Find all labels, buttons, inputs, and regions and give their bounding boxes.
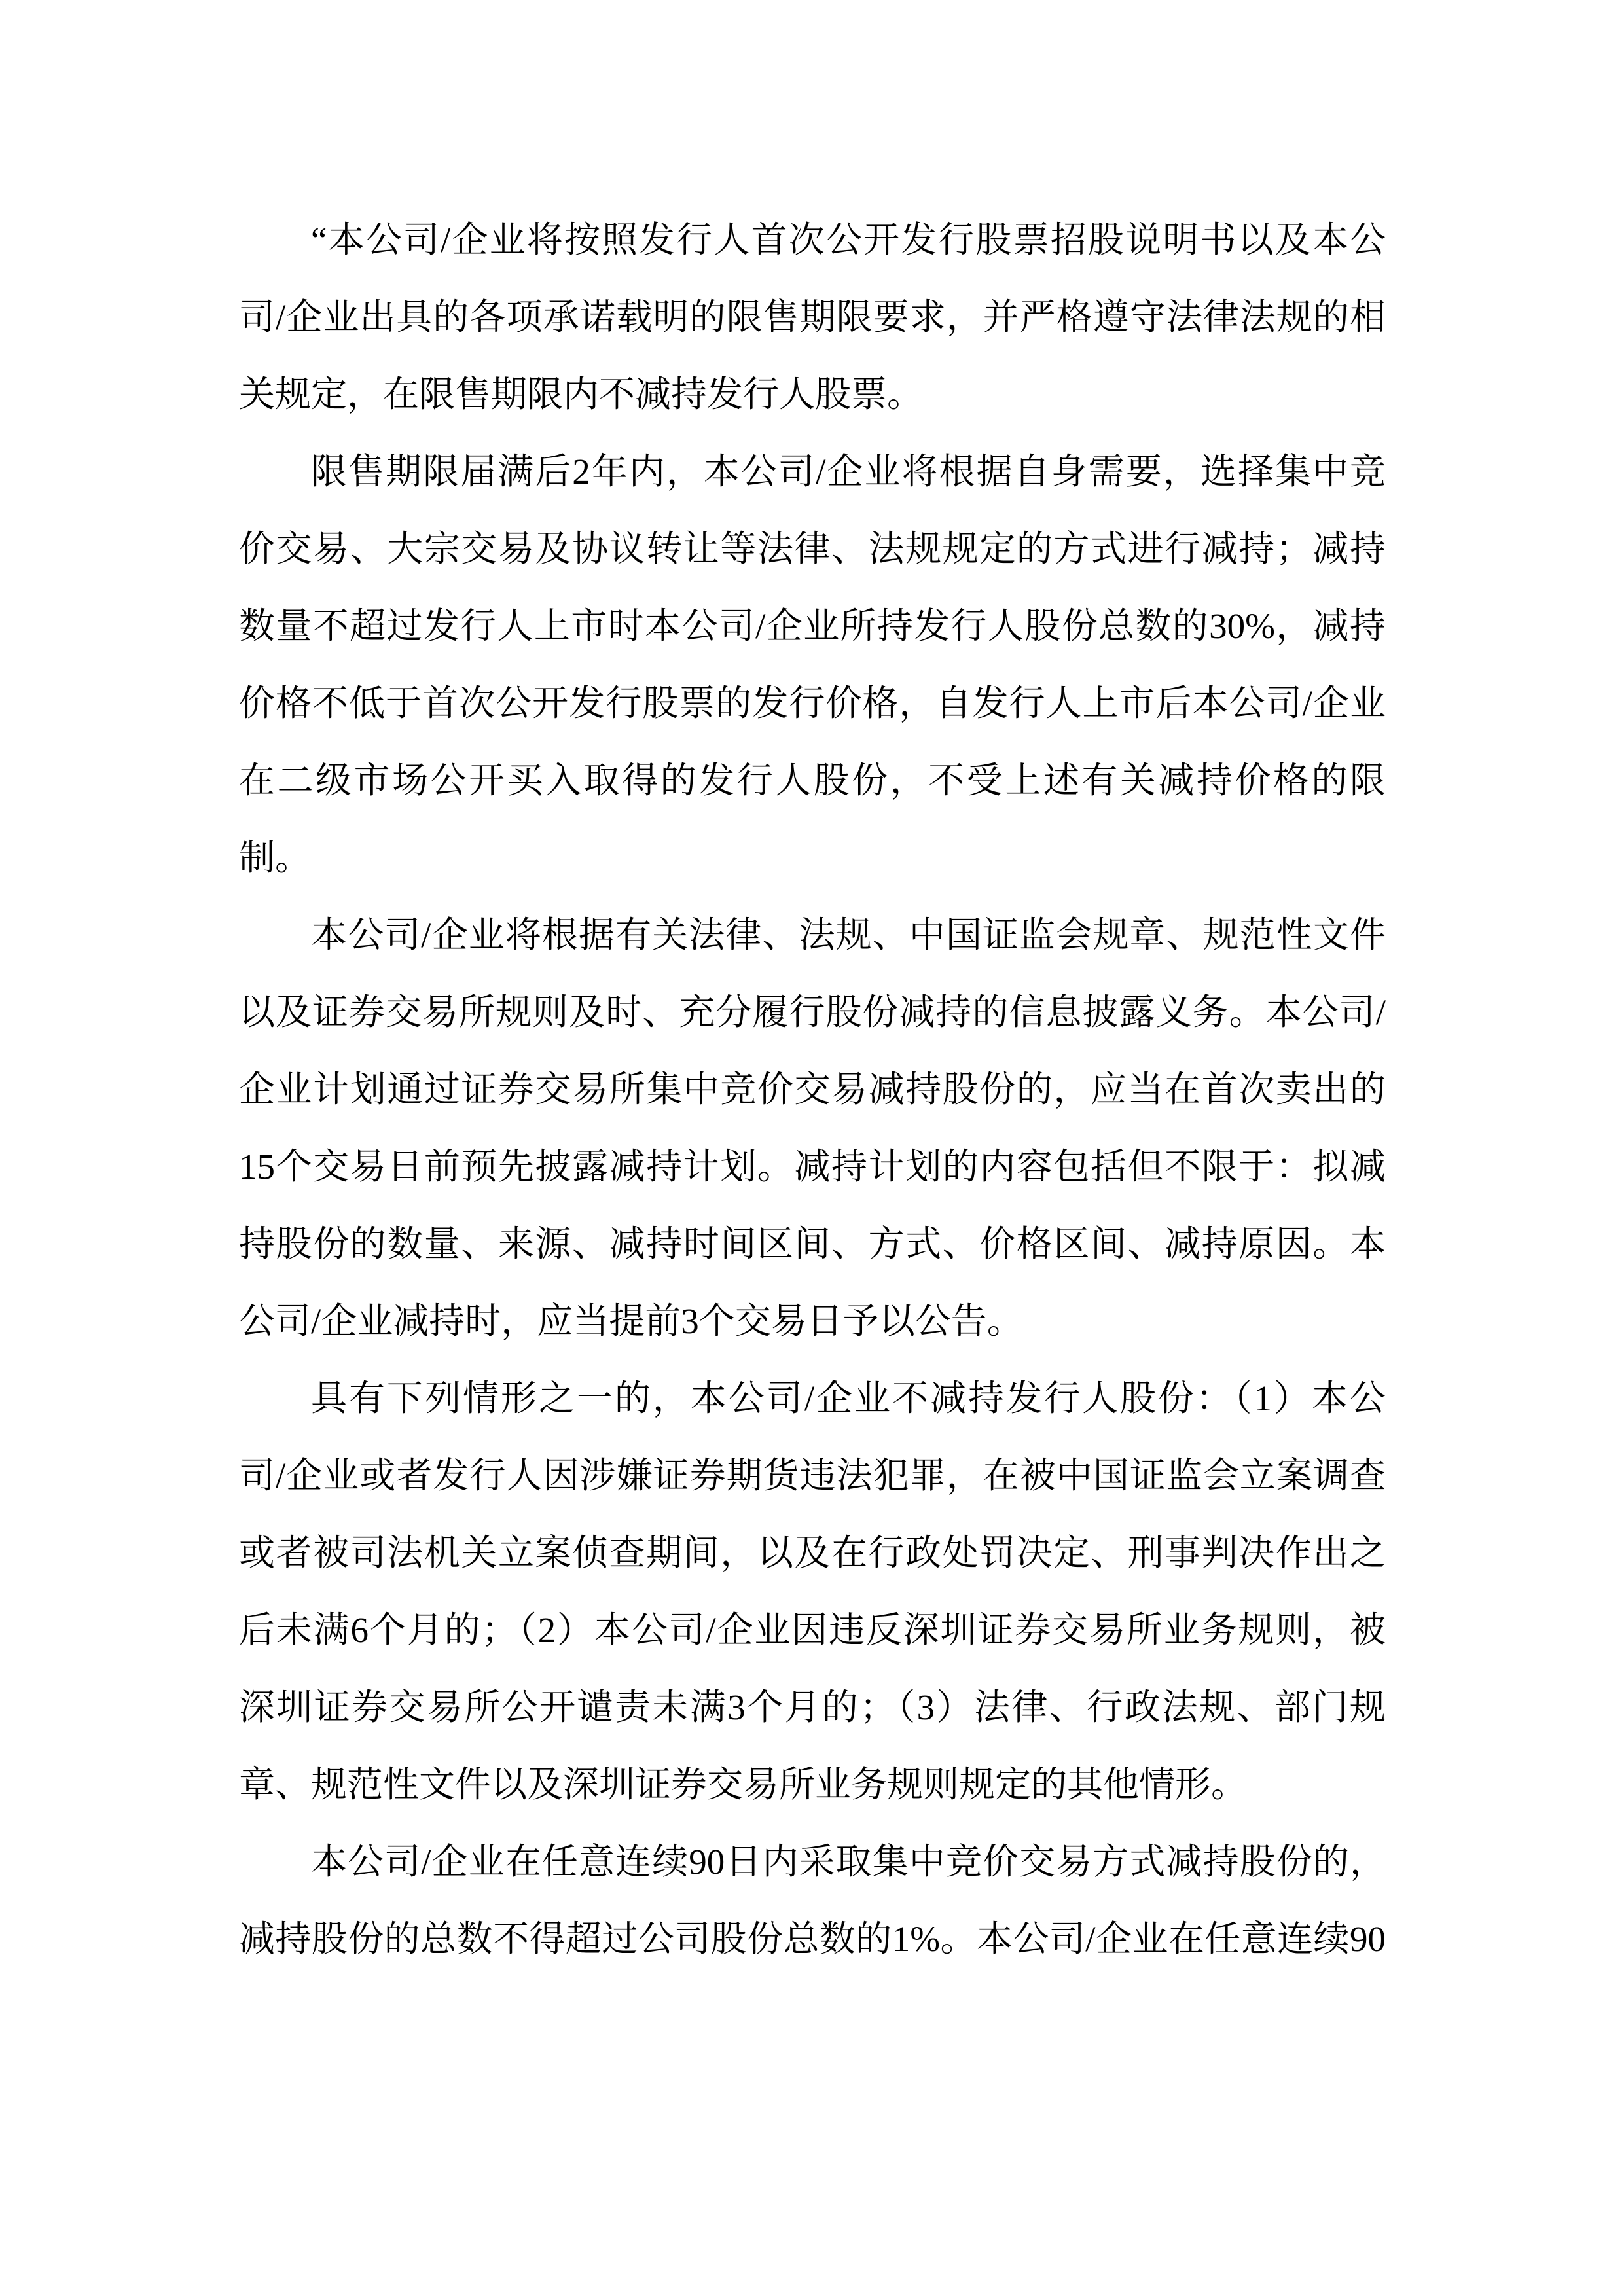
text-line: 限售期限届满后2年内，本公司/企业将根据自身需要，选择集中竞 — [239, 433, 1386, 511]
text-line: 企业计划通过证券交易所集中竞价交易减持股份的，应当在首次卖出的 — [239, 1051, 1386, 1128]
text-line: 价格不低于首次公开发行股票的发行价格，自发行人上市后本公司/企业 — [239, 665, 1386, 742]
paragraph-4: 具有下列情形之一的，本公司/企业不减持发行人股份：（1）本公 司/企业或者发行人… — [239, 1360, 1386, 1823]
text-block: “本公司/企业将按照发行人首次公开发行股票招股说明书以及本公 司/企业出具的各项… — [239, 202, 1386, 1978]
paragraph-3: 本公司/企业将根据有关法律、法规、中国证监会规章、规范性文件 以及证券交易所规则… — [239, 897, 1386, 1360]
document-page: “本公司/企业将按照发行人首次公开发行股票招股说明书以及本公 司/企业出具的各项… — [0, 0, 1624, 2296]
text-line: 减持股份的总数不得超过公司股份总数的1%。本公司/企业在任意连续90 — [239, 1901, 1386, 1978]
paragraph-2: 限售期限届满后2年内，本公司/企业将根据自身需要，选择集中竞 价交易、大宗交易及… — [239, 433, 1386, 897]
text-line: “本公司/企业将按照发行人首次公开发行股票招股说明书以及本公 — [239, 202, 1386, 279]
text-line: 后未满6个月的；（2）本公司/企业因违反深圳证券交易所业务规则，被 — [239, 1592, 1386, 1669]
text-line: 数量不超过发行人上市时本公司/企业所持发行人股份总数的30%，减持 — [239, 588, 1386, 665]
text-line: 司/企业或者发行人因涉嫌证券期货违法犯罪，在被中国证监会立案调查 — [239, 1437, 1386, 1515]
text-line: 章、规范性文件以及深圳证券交易所业务规则规定的其他情形。 — [239, 1746, 1386, 1823]
paragraph-5: 本公司/企业在任意连续90日内采取集中竞价交易方式减持股份的， 减持股份的总数不… — [239, 1823, 1386, 1978]
text-line: 司/企业出具的各项承诺载明的限售期限要求，并严格遵守法律法规的相 — [239, 279, 1386, 356]
text-line: 公司/企业减持时，应当提前3个交易日予以公告。 — [239, 1283, 1386, 1360]
text-line: 具有下列情形之一的，本公司/企业不减持发行人股份：（1）本公 — [239, 1360, 1386, 1437]
text-line: 本公司/企业将根据有关法律、法规、中国证监会规章、规范性文件 — [239, 897, 1386, 974]
text-line: 在二级市场公开买入取得的发行人股份，不受上述有关减持价格的限 — [239, 742, 1386, 819]
paragraph-1: “本公司/企业将按照发行人首次公开发行股票招股说明书以及本公 司/企业出具的各项… — [239, 202, 1386, 433]
text-line: 价交易、大宗交易及协议转让等法律、法规规定的方式进行减持；减持 — [239, 511, 1386, 588]
text-line: 以及证券交易所规则及时、充分履行股份减持的信息披露义务。本公司/ — [239, 974, 1386, 1051]
text-line: 持股份的数量、来源、减持时间区间、方式、价格区间、减持原因。本 — [239, 1206, 1386, 1283]
text-line: 本公司/企业在任意连续90日内采取集中竞价交易方式减持股份的， — [239, 1823, 1386, 1901]
text-line: 或者被司法机关立案侦查期间，以及在行政处罚决定、刑事判决作出之 — [239, 1515, 1386, 1592]
text-line: 制。 — [239, 819, 1386, 897]
text-line: 关规定，在限售期限内不减持发行人股票。 — [239, 356, 1386, 433]
text-line: 15个交易日前预先披露减持计划。减持计划的内容包括但不限于：拟减 — [239, 1128, 1386, 1206]
text-line: 深圳证券交易所公开谴责未满3个月的；（3）法律、行政法规、部门规 — [239, 1669, 1386, 1746]
